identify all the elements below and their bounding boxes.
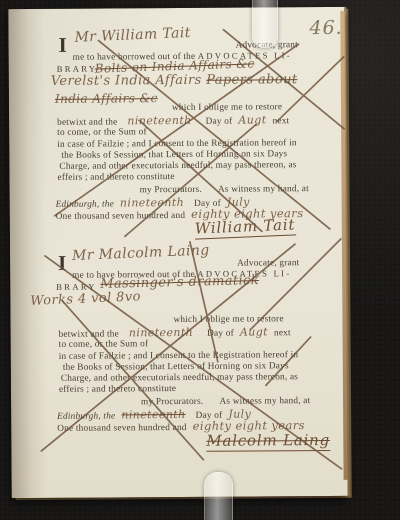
return-day: nineteenth bbox=[127, 114, 191, 127]
form-text: the Books of Session, that Letters of Ho… bbox=[61, 149, 287, 161]
form-text: betwixt and the bbox=[59, 329, 119, 339]
return-month: Augt bbox=[240, 325, 268, 338]
loan-entry-tait: I Mr William Tait Advocate, grant me to … bbox=[8, 7, 344, 9]
return-day: nineteenth bbox=[129, 326, 193, 339]
form-text: my Procurators. bbox=[141, 397, 203, 407]
form-text: As witness my hand, at bbox=[219, 396, 310, 407]
register-page: 46. I Mr William Tait Advocate, grant me… bbox=[8, 7, 347, 498]
return-date-line: betwixt and thenineteenthDay ofAugtnext bbox=[59, 326, 291, 340]
borrower-signature: William Tait bbox=[194, 215, 295, 239]
loan-entry-laing: I Mr Malcolm Laing Advocate, grant me to… bbox=[8, 7, 344, 9]
form-text: effeirs ; and thereto constitute bbox=[57, 172, 174, 183]
form-text: As witness my hand, at bbox=[218, 184, 309, 195]
page-number: 46. bbox=[309, 17, 342, 39]
borrower-name: Mr William Tait bbox=[74, 25, 191, 46]
book-title-part-struck: Papers about bbox=[206, 72, 297, 88]
borrower-name: Mr Malcolm Laing bbox=[72, 242, 210, 264]
form-text: effeirs ; and thereto constitute bbox=[59, 384, 176, 395]
page-clip-bottom bbox=[204, 472, 233, 520]
borrower-signature-cancelled: Malcolm Laing bbox=[206, 431, 330, 452]
form-text: Advocate, grant bbox=[237, 258, 299, 269]
form-text: One thousand seven hundred and bbox=[56, 211, 185, 222]
book-title-line: India Affairs &c bbox=[55, 91, 158, 106]
witness-line: my Procurators.As witness my hand, at bbox=[140, 184, 309, 195]
form-text: next bbox=[274, 328, 291, 338]
form-text: Day of bbox=[206, 117, 233, 127]
form-text: in case of Failzie ; and I consent to th… bbox=[59, 350, 299, 362]
book-title-part: Verelst's India Affairs bbox=[51, 73, 207, 89]
return-date-line: betwixt and thenineteenthDay ofAugtnext bbox=[57, 114, 289, 128]
binding-gutter-shadow bbox=[8, 9, 47, 498]
witness-line: my Procurators.As witness my hand, at bbox=[141, 396, 310, 407]
form-text: Charge, and other executorials needful, … bbox=[61, 372, 298, 384]
form-text: Charge, and other executorials needful, … bbox=[59, 160, 296, 172]
form-text: Day of bbox=[207, 329, 234, 339]
form-text: the Books of Session, that Letters of Ho… bbox=[63, 361, 289, 373]
form-text: which I oblige me to restore bbox=[172, 102, 282, 113]
form-text: to come, or the Sum of bbox=[57, 127, 147, 138]
form-text: to come, or the Sum of bbox=[59, 339, 149, 350]
page-clip-top bbox=[252, 0, 278, 48]
book-title-line: Works 4 vol 8vo bbox=[30, 289, 141, 309]
return-month: Augt bbox=[238, 113, 266, 126]
form-text: betwixt and the bbox=[57, 117, 117, 127]
form-initial: I bbox=[58, 251, 66, 276]
form-initial: I bbox=[58, 33, 66, 58]
form-text: my Procurators. bbox=[140, 185, 202, 195]
form-text: next bbox=[272, 116, 289, 126]
photograph-of-register: 46. I Mr William Tait Advocate, grant me… bbox=[0, 0, 400, 520]
form-text: which I oblige me to restore bbox=[173, 314, 283, 325]
form-text: in case of Failzie ; and I consent to th… bbox=[57, 138, 297, 150]
book-title-line: Verelst's India Affairs Papers about bbox=[51, 72, 298, 89]
book-fore-edge bbox=[340, 11, 348, 480]
form-text: One thousand seven hundred and bbox=[57, 423, 186, 434]
